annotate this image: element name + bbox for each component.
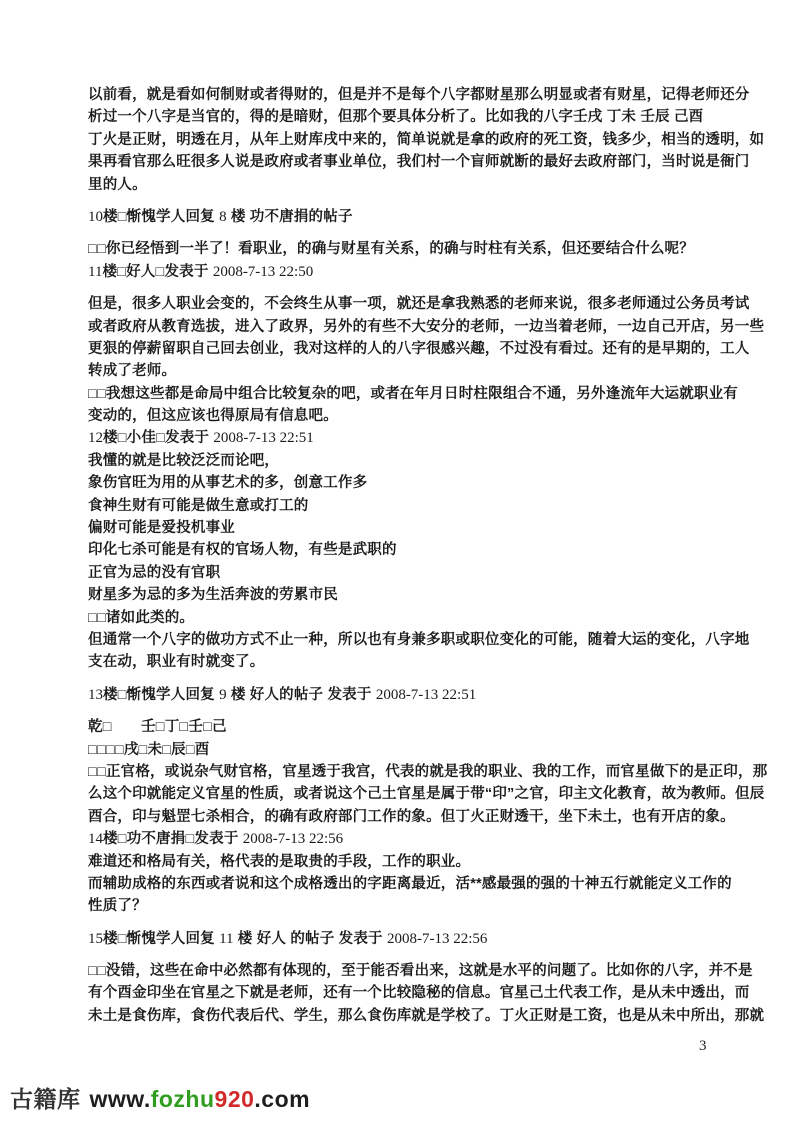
text-line: □□没错，这些在命中必然都有体现的，至于能否看出来，这就是水平的问题了。比如你的… — [88, 960, 718, 982]
watermark-domain-red: 920 — [215, 1086, 255, 1112]
watermark-site-name: 古籍库 — [10, 1086, 81, 1112]
text-line: 有个酉金印坐在官星之下就是老师，还有一个比较隐秘的信息。官星己土代表工作，是从未… — [88, 982, 718, 1004]
text-line: 但是，很多人职业会变的，不会终生从事一项，就还是拿我熟悉的老师来说，很多老师通过… — [88, 293, 718, 315]
text-line: □□正官格，或说杂气财官格，官星透于我宫，代表的就是我的职业、我的工作，而官星做… — [88, 761, 718, 783]
text-line: □□诸如此类的。 — [88, 607, 718, 629]
text-line: 正官为忌的没有官职 — [88, 562, 718, 584]
text-line: 食神生财有可能是做生意或打工的 — [88, 495, 718, 517]
watermark: 古籍库www.fozhu920.com — [10, 1081, 310, 1114]
blank-line — [88, 706, 718, 716]
text-line: 更狠的停薪留职自己回去创业，我对这样的人的八字很感兴趣，不过没有看过。还有的是早… — [88, 338, 718, 360]
text-line: □□你已经悟到一半了！看职业，的确与财星有关系，的确与时柱有关系，但还要结合什么… — [88, 238, 718, 260]
blank-line — [88, 283, 718, 293]
text-line: □□我想这些都是命局中组合比较复杂的吧，或者在年月日时柱限组合不通，另外逢流年大… — [88, 383, 718, 405]
page-number: 3 — [699, 1038, 707, 1055]
text-line: 象伤官旺为用的从事艺术的多，创意工作多 — [88, 472, 718, 494]
text-line: 我懂的就是比较泛泛而论吧， — [88, 450, 718, 472]
watermark-www: www. — [90, 1086, 151, 1112]
text-line: 果再看官那么旺很多人说是政府或者事业单位，我们村一个盲师就断的最好去政府部门，当… — [88, 151, 718, 173]
text-line: 而辅助成格的东西或者说和这个成格透出的字距离最近，活**感最强的强的十神五行就能… — [88, 873, 718, 895]
text-line: 么这个印就能定义官星的性质，或者说这个己土官星是属于带“印”之官，印主文化教育，… — [88, 783, 718, 805]
text-line: 或者政府从教育选拔，进入了政界，另外的有些不大安分的老师，一边当着老师，一边自己… — [88, 316, 718, 338]
text-line: 酉合，印与魁罡七杀相合，的确有政府部门工作的象。但丁火正财透干，坐下未土，也有开… — [88, 806, 718, 828]
blank-line — [88, 196, 718, 206]
document-text: 以前看，就是看如何制财或者得财的，但是并不是每个八字都财星那么明显或者有财星，记… — [88, 84, 718, 1027]
text-line: 15楼□惭愧学人回复 11 楼 好人 的帖子 发表于 2008-7-13 22:… — [88, 928, 718, 950]
text-line: 印化七杀可能是有权的官场人物，有些是武职的 — [88, 539, 718, 561]
watermark-tld: .com — [254, 1086, 310, 1112]
text-line: 析过一个八字是当官的，得的是暗财，但那个要具体分析了。比如我的八字壬戌 丁未 壬… — [88, 106, 718, 128]
watermark-domain-green: fozhu — [151, 1086, 215, 1112]
text-line: 但通常一个八字的做功方式不止一种，所以也有身兼多职或职位变化的可能，随着大运的变… — [88, 629, 718, 651]
document-page: 以前看，就是看如何制财或者得财的，但是并不是每个八字都财星那么明显或者有财星，记… — [0, 0, 793, 1122]
text-line: 未土是食伤库，食伤代表后代、学生，那么食伤库就是学校了。丁火正财是工资，也是从未… — [88, 1005, 718, 1027]
blank-line — [88, 950, 718, 960]
text-line: 性质了？ — [88, 895, 718, 917]
blank-line — [88, 674, 718, 684]
text-line: 以前看，就是看如何制财或者得财的，但是并不是每个八字都财星那么明显或者有财星，记… — [88, 84, 718, 106]
text-line: □□□□戌□未□辰□酉 — [88, 739, 718, 761]
text-line: 财星多为忌的多为生活奔波的劳累市民 — [88, 584, 718, 606]
text-line: 支在动，职业有时就变了。 — [88, 651, 718, 673]
text-line: 14楼□功不唐捐□发表于 2008-7-13 22:56 — [88, 828, 718, 850]
text-line: 转成了老师。 — [88, 360, 718, 382]
text-line: 乾□ 壬□丁□壬□己 — [88, 716, 718, 738]
text-line: 丁火是正财，明透在月，从年上财库戌中来的，简单说就是拿的政府的死工资，钱多少，相… — [88, 129, 718, 151]
text-line: 12楼□小佳□发表于 2008-7-13 22:51 — [88, 427, 718, 449]
text-line: 13楼□惭愧学人回复 9 楼 好人的帖子 发表于 2008-7-13 22:51 — [88, 684, 718, 706]
text-line: 10楼□惭愧学人回复 8 楼 功不唐捐的帖子 — [88, 206, 718, 228]
text-line: 偏财可能是爱投机事业 — [88, 517, 718, 539]
text-line: 里的人。 — [88, 174, 718, 196]
blank-line — [88, 228, 718, 238]
text-line: 变动的，但这应该也得原局有信息吧。 — [88, 405, 718, 427]
text-line: 难道还和格局有关，格代表的是取贵的手段，工作的职业。 — [88, 851, 718, 873]
text-line: 11楼□好人□发表于 2008-7-13 22:50 — [88, 261, 718, 283]
blank-line — [88, 918, 718, 928]
